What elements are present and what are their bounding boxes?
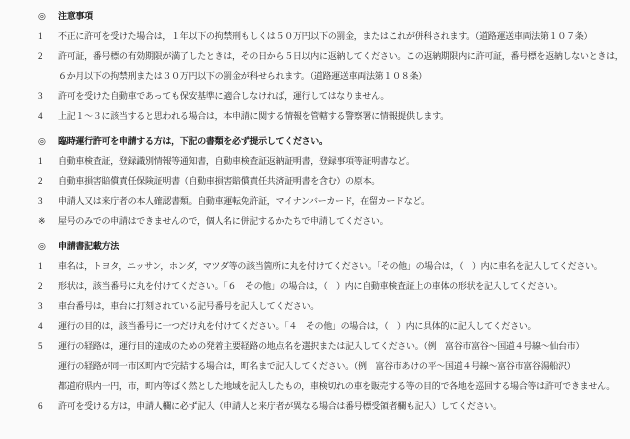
list-item: 1 自動車検査証，登録識別情報等通知書，自動車検査証返納証明書，登録事項等証明書… — [38, 151, 624, 171]
item-text: 申請人又は来庁者の本人確認書類。自動車運転免許証，マイナンバーカード，在留カード… — [58, 191, 624, 211]
list-item: 3 車台番号は，車台に打刻されている記号番号を記入してください。 — [38, 296, 624, 316]
list-item: 6 許可を受ける方は，申請人欄に必ず記入（申請人と来庁者が異なる場合は番号標受領… — [38, 396, 624, 416]
item-text-line: 運行の経路は，運行目的達成のための発着主要経路の地点名を選択または記入してくださ… — [58, 336, 624, 356]
item-number: 2 — [38, 171, 58, 191]
section-how-to-fill-application: ◎ 申請書記載方法 1 車名は，トヨタ，ニッサン，ホンダ，マツダ等の該当箇所に丸… — [38, 236, 624, 416]
item-text-line: 運行の経路が同一市区町内で完結する場合は，町名まで記入してください。（例 富谷市… — [58, 356, 624, 376]
list-item: 4 上記１～３に該当すると思われる場合は，本申請に関する情報を管轄する警察署に情… — [38, 106, 624, 126]
item-text-line: 自動車損害賠償責任保険証明書（自動車損害賠償責任共済証明書を含む）の原本。 — [58, 171, 624, 191]
item-text: 運行の目的は，該当番号に一つだけ丸を付けてください。「４ その他」の場合は，（ … — [58, 316, 624, 336]
section-heading-row: ◎ 申請書記載方法 — [38, 236, 624, 256]
section-required-documents: ◎ 臨時運行許可を申請する方は，下記の書類を必ず提示してください。 1 自動車検… — [38, 131, 624, 231]
item-text-line: 許可証，番号標の有効期限が満了したときは，その日から５日以内に返納してください。… — [58, 46, 624, 66]
item-text-line: 申請人又は来庁者の本人確認書類。自動車運転免許証，マイナンバーカード，在留カード… — [58, 191, 624, 211]
item-number: 3 — [38, 86, 58, 106]
double-circle-bullet-icon: ◎ — [38, 6, 58, 26]
double-circle-bullet-icon: ◎ — [38, 131, 58, 151]
item-number: 1 — [38, 26, 58, 46]
item-text: 屋号のみでの申請はできませんので，個人名に併記するかたちで申請してください。 — [58, 211, 624, 231]
item-text-line: 許可を受ける方は，申請人欄に必ず記入（申請人と来庁者が異なる場合は番号標受領者欄… — [58, 396, 624, 416]
section-heading: 注意事項 — [58, 6, 93, 26]
item-text-line: 屋号のみでの申請はできませんので，個人名に併記するかたちで申請してください。 — [58, 211, 624, 231]
item-text: 運行の経路は，運行目的達成のための発着主要経路の地点名を選択または記入してくださ… — [58, 336, 624, 396]
list-item: 2 自動車損害賠償責任保険証明書（自動車損害賠償責任共済証明書を含む）の原本。 — [38, 171, 624, 191]
item-text-line: 運行の目的は，該当番号に一つだけ丸を付けてください。「４ その他」の場合は，（ … — [58, 316, 624, 336]
item-number: 3 — [38, 191, 58, 211]
item-number: 4 — [38, 316, 58, 336]
list-item: 1 不正に許可を受けた場合は，１年以下の拘禁刑もしくは５０万円以下の罰金，または… — [38, 26, 624, 46]
list-item-note: ※ 屋号のみでの申請はできませんので，個人名に併記するかたちで申請してください。 — [38, 211, 624, 231]
double-circle-bullet-icon: ◎ — [38, 236, 58, 256]
item-number: 1 — [38, 151, 58, 171]
item-text: 許可を受けた自動車であっても保安基準に適合しなければ，運行してはなりません。 — [58, 86, 624, 106]
item-number: 3 — [38, 296, 58, 316]
item-text: 許可を受ける方は，申請人欄に必ず記入（申請人と来庁者が異なる場合は番号標受領者欄… — [58, 396, 624, 416]
notice-document-page: ◎ 注意事項 1 不正に許可を受けた場合は，１年以下の拘禁刑もしくは５０万円以下… — [0, 0, 630, 439]
item-text: 車名は，トヨタ，ニッサン，ホンダ，マツダ等の該当箇所に丸を付けてください。「その… — [58, 256, 624, 276]
item-number: 5 — [38, 336, 58, 356]
section-heading-row: ◎ 注意事項 — [38, 6, 624, 26]
item-text: 自動車検査証，登録識別情報等通知書，自動車検査証返納証明書，登録事項等証明書など… — [58, 151, 624, 171]
item-number: 6 — [38, 396, 58, 416]
item-text: 許可証，番号標の有効期限が満了したときは，その日から５日以内に返納してください。… — [58, 46, 624, 86]
list-item: 1 車名は，トヨタ，ニッサン，ホンダ，マツダ等の該当箇所に丸を付けてください。「… — [38, 256, 624, 276]
list-item: 3 許可を受けた自動車であっても保安基準に適合しなければ，運行してはなりません。 — [38, 86, 624, 106]
list-item: 3 申請人又は来庁者の本人確認書類。自動車運転免許証，マイナンバーカード，在留カ… — [38, 191, 624, 211]
item-text: 形状は，該当番号に丸を付けてください。「６ その他」の場合は，（ ）内に自動車検… — [58, 276, 624, 296]
item-text: 上記１～３に該当すると思われる場合は，本申請に関する情報を管轄する警察署に情報提… — [58, 106, 624, 126]
item-text-line: 都道府県内一円，市，町内等ばく然とした地域を記入したもの，車検切れの車を販売する… — [58, 376, 624, 396]
item-text-line: ６か月以下の拘禁刑または３０万円以下の罰金が科せられます。（道路運送車両法第１０… — [58, 66, 624, 86]
list-item: 4 運行の目的は，該当番号に一つだけ丸を付けてください。「４ その他」の場合は，… — [38, 316, 624, 336]
section-notes: ◎ 注意事項 1 不正に許可を受けた場合は，１年以下の拘禁刑もしくは５０万円以下… — [38, 6, 624, 126]
section-heading: 申請書記載方法 — [58, 236, 119, 256]
item-number: 4 — [38, 106, 58, 126]
item-text-line: 許可を受けた自動車であっても保安基準に適合しなければ，運行してはなりません。 — [58, 86, 624, 106]
list-item: 2 形状は，該当番号に丸を付けてください。「６ その他」の場合は，（ ）内に自動… — [38, 276, 624, 296]
reference-mark-icon: ※ — [38, 211, 58, 231]
section-heading: 臨時運行許可を申請する方は，下記の書類を必ず提示してください。 — [58, 131, 328, 151]
item-text-line: 不正に許可を受けた場合は，１年以下の拘禁刑もしくは５０万円以下の罰金，またはこれ… — [58, 26, 624, 46]
list-item: 2 許可証，番号標の有効期限が満了したときは，その日から５日以内に返納してくださ… — [38, 46, 624, 86]
item-number: 2 — [38, 276, 58, 296]
section-heading-row: ◎ 臨時運行許可を申請する方は，下記の書類を必ず提示してください。 — [38, 131, 624, 151]
item-text-line: 車名は，トヨタ，ニッサン，ホンダ，マツダ等の該当箇所に丸を付けてください。「その… — [58, 256, 624, 276]
item-number: 2 — [38, 46, 58, 66]
item-text: 車台番号は，車台に打刻されている記号番号を記入してください。 — [58, 296, 624, 316]
item-text: 自動車損害賠償責任保険証明書（自動車損害賠償責任共済証明書を含む）の原本。 — [58, 171, 624, 191]
item-number: 1 — [38, 256, 58, 276]
item-text-line: 車台番号は，車台に打刻されている記号番号を記入してください。 — [58, 296, 624, 316]
list-item: 5 運行の経路は，運行目的達成のための発着主要経路の地点名を選択または記入してく… — [38, 336, 624, 396]
item-text: 不正に許可を受けた場合は，１年以下の拘禁刑もしくは５０万円以下の罰金，またはこれ… — [58, 26, 624, 46]
item-text-line: 自動車検査証，登録識別情報等通知書，自動車検査証返納証明書，登録事項等証明書など… — [58, 151, 624, 171]
item-text-line: 上記１～３に該当すると思われる場合は，本申請に関する情報を管轄する警察署に情報提… — [58, 106, 624, 126]
item-text-line: 形状は，該当番号に丸を付けてください。「６ その他」の場合は，（ ）内に自動車検… — [58, 276, 624, 296]
